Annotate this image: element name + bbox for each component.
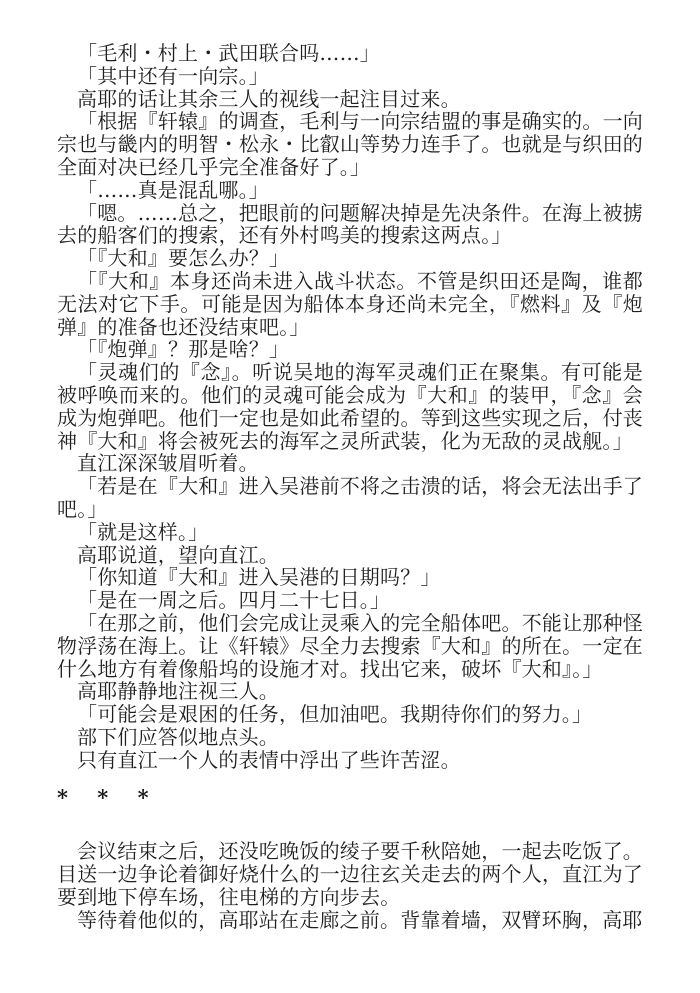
text-block: 「毛利・村上・武田联合吗……」 「其中还有一向宗。」 高耶的话让其余三人的视线一…	[57, 42, 643, 931]
paragraph: 「『炮弹』？那是啥？」	[57, 338, 643, 361]
paragraph: 等待着他似的，高耶站在走廊之前。背靠着墙，双臂环胸，高耶	[57, 909, 643, 932]
book-page: 「毛利・村上・武田联合吗……」 「其中还有一向宗。」 高耶的话让其余三人的视线一…	[0, 0, 700, 993]
paragraph: 会议结束之后，还没吃晚饭的绫子要千秋陪她，一起去吃饭了。目送一边争论着御好烧什么…	[57, 840, 643, 908]
paragraph: 「可能会是艰困的任务，但加油吧。我期待你们的努力。」	[57, 703, 643, 726]
section-separator: * * *	[57, 787, 643, 810]
paragraph: 「灵魂们的『念』。听说吴地的海军灵魂们正在聚集。有可能是被呼唤而来的。他们的灵魂…	[57, 361, 643, 452]
paragraph: 「『大和』要怎么办？」	[57, 247, 643, 270]
paragraph: 「其中还有一向宗。」	[57, 65, 643, 88]
paragraph: 部下们应答似地点头。	[57, 726, 643, 749]
paragraph: 高耶的话让其余三人的视线一起注目过来。	[57, 88, 643, 111]
paragraph: 「嗯。……总之，把眼前的问题解决掉是先决条件。在海上被掳去的船客们的搜索，还有外…	[57, 202, 643, 248]
paragraph: 「你知道『大和』进入吴港的日期吗？」	[57, 566, 643, 589]
paragraph: 高耶静静地注视三人。	[57, 680, 643, 703]
paragraph: 「若是在『大和』进入吴港前不将之击溃的话，将会无法出手了吧。」	[57, 475, 643, 521]
paragraph: 「毛利・村上・武田联合吗……」	[57, 42, 643, 65]
paragraph: 「是在一周之后。四月二十七日。」	[57, 589, 643, 612]
paragraph: 直江深深皱眉听着。	[57, 452, 643, 475]
paragraph: 只有直江一个人的表情中浮出了些许苦涩。	[57, 749, 643, 772]
paragraph: 「就是这样。」	[57, 521, 643, 544]
paragraph: 「根据『轩辕』的调查，毛利与一向宗结盟的事是确实的。一向宗也与畿内的明智・松永・…	[57, 110, 643, 178]
paragraph: 「在那之前，他们会完成让灵乘入的完全船体吧。不能让那种怪物浮荡在海上。让《轩辕》…	[57, 612, 643, 680]
paragraph: 「『大和』本身还尚未进入战斗状态。不管是织田还是陶，谁都无法对它下手。可能是因为…	[57, 270, 643, 338]
paragraph: 「……真是混乱哪。」	[57, 179, 643, 202]
paragraph: 高耶说道，望向直江。	[57, 544, 643, 567]
